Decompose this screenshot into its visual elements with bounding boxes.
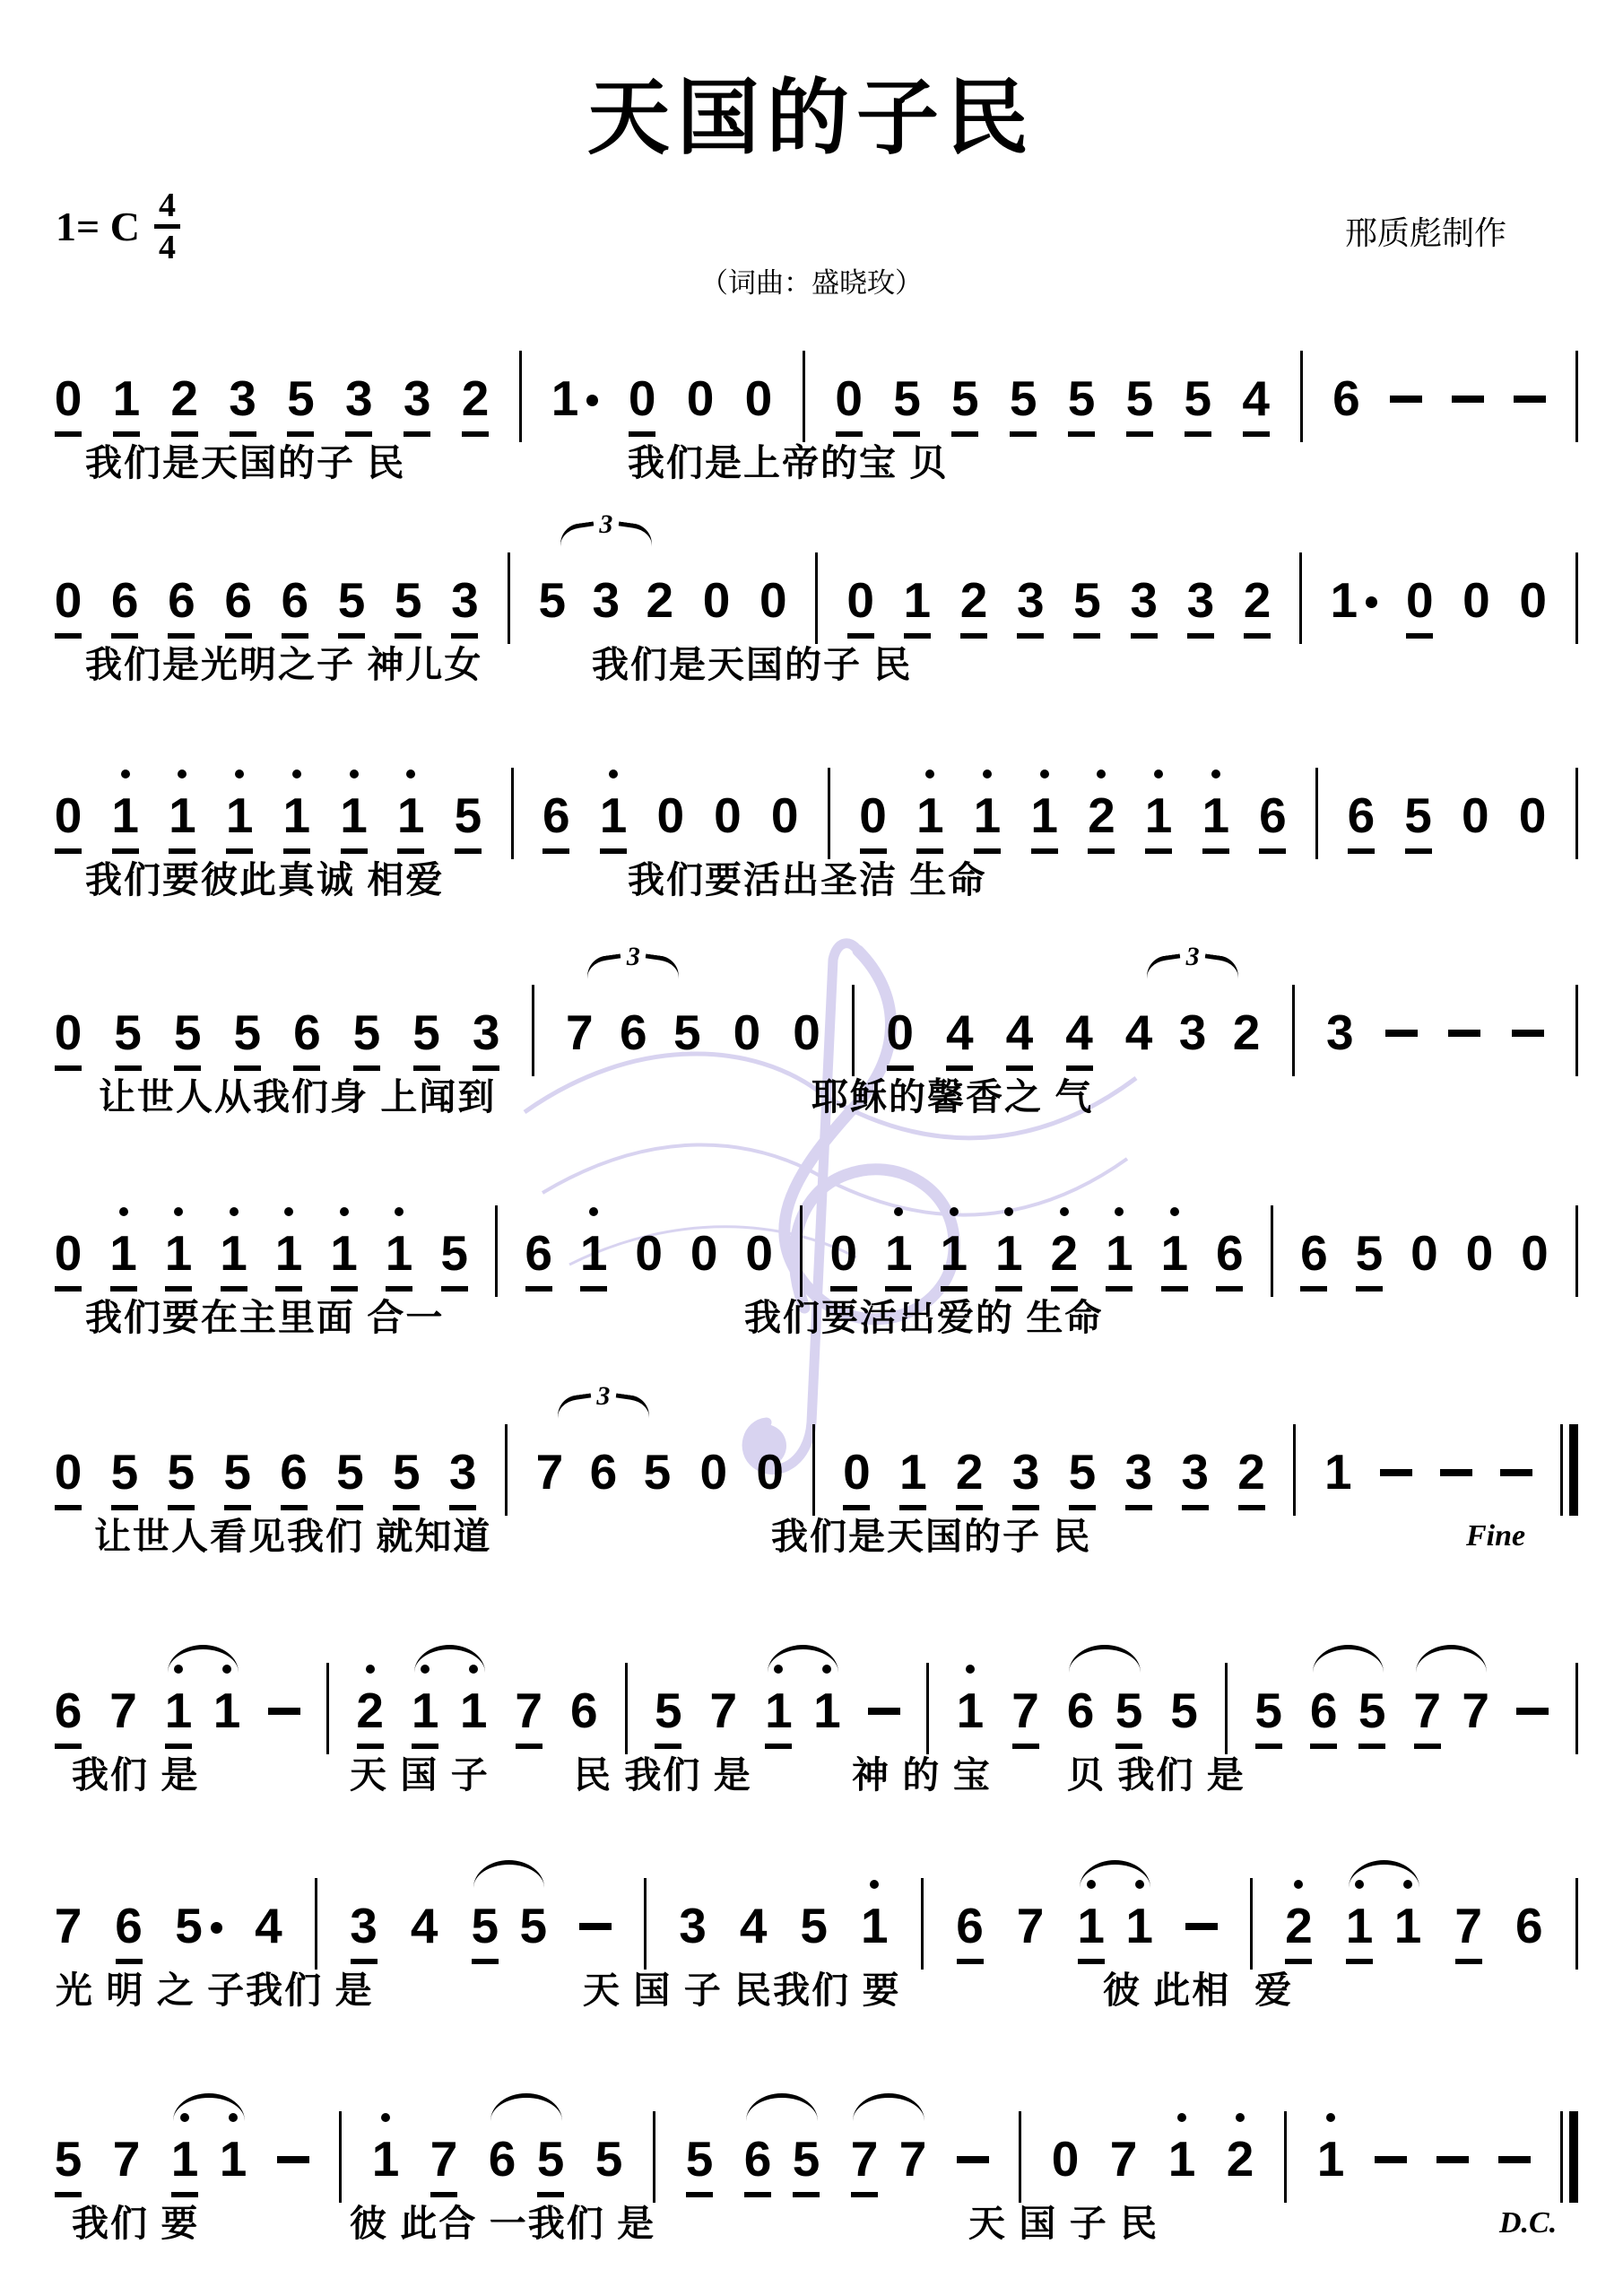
note-digit: 0 (829, 1225, 857, 1281)
note: 3 (1124, 1442, 1153, 1500)
note-digit: 0 (1519, 787, 1547, 843)
octave-dot (1326, 2113, 1335, 2122)
notes-row: 06666553353200012353321000 (54, 538, 1578, 628)
note-digit: 5 (338, 572, 366, 628)
triplet-bracket-left (555, 1393, 594, 1418)
note: 5 (175, 1896, 222, 1953)
music-line: 05556553376500044434323让世人从我们身 上闻到耶稣的馨香之… (54, 970, 1578, 1132)
note-digit: 5 (1069, 1444, 1097, 1500)
note: 4 (739, 1896, 768, 1953)
note-digit: 1 (1202, 787, 1229, 843)
note-digit: 0 (55, 1225, 82, 1281)
note-digit: 7 (430, 2131, 458, 2187)
note-digit: 6 (55, 1683, 82, 1738)
notes-row: 765434553451671121176 (54, 1864, 1578, 1953)
note-digit: 6 (280, 1444, 308, 1500)
octave-dot (774, 1665, 783, 1674)
note: 5 (54, 2129, 82, 2187)
rest: 0 (54, 1223, 82, 1281)
note-digit: 1 (220, 2131, 247, 2187)
note-digit: 0 (859, 787, 887, 843)
octave-dot (381, 2113, 390, 2122)
octave-dot (340, 1207, 349, 1216)
octave-dot (174, 1665, 183, 1674)
lyric-segment: 耶稣的馨香之 气 (811, 1067, 1093, 1120)
lyric-segment: 我们是天国的子 民 (592, 635, 912, 688)
barline (339, 2111, 342, 2203)
note-digit: 5 (1115, 1683, 1143, 1738)
note-digit: 2 (170, 370, 198, 426)
note-digit: 5 (537, 2131, 565, 2187)
rest: 0 (54, 369, 82, 426)
note: 1 (898, 1442, 927, 1500)
note-digit: 2 (1237, 1444, 1265, 1500)
note-digit: 0 (759, 572, 787, 628)
notes-row: 5711176555657707121 (54, 2097, 1578, 2187)
note: 1 (1330, 570, 1377, 628)
notes-row: 05556553376500012353321 (54, 1410, 1578, 1500)
final-barline (1560, 1424, 1578, 1516)
note-digit: 7 (1462, 1683, 1489, 1738)
note: 6 (1299, 1223, 1328, 1281)
music-line: 01111115610000111211665000我们要在主里面 合一我们要活… (54, 1191, 1578, 1352)
note: 1 (1125, 1896, 1154, 1953)
tie-group: 65 (1309, 1681, 1386, 1738)
triplet-group: 3532 (538, 570, 674, 628)
note-digit: 5 (174, 1004, 202, 1060)
note-digit: 7 (1017, 1898, 1045, 1953)
note-digit: 3 (229, 370, 256, 426)
note-digit: 6 (168, 572, 195, 628)
tie-group: 11 (170, 2129, 247, 2187)
note-digit: 1 (1125, 1898, 1153, 1953)
note: 1 (109, 1223, 138, 1281)
octave-dot (1236, 2113, 1245, 2122)
note: 6 (525, 1223, 553, 1281)
note: 2 (1243, 570, 1271, 628)
note-digit: 2 (960, 572, 988, 628)
note-digit: 0 (1406, 572, 1434, 628)
note: 5 (538, 570, 567, 628)
lyric-segment: 光 明 之 子我们 是 (56, 1961, 374, 2013)
note-digit: 0 (1410, 1225, 1438, 1281)
note: 1 (340, 786, 369, 843)
note-digit: 1 (580, 1225, 608, 1281)
rest: 0 (713, 786, 742, 843)
note: 7 (1016, 1896, 1045, 1953)
note-digit: 0 (835, 370, 863, 426)
note-digit: 1 (861, 1898, 889, 1953)
note-digit: 7 (851, 2131, 879, 2187)
duration-dash (1380, 1469, 1412, 1476)
note-digit: 5 (471, 1898, 499, 1953)
note: 6 (110, 570, 139, 628)
octave-dot (1170, 1207, 1179, 1216)
note: 7 (430, 2129, 458, 2187)
rest: 0 (842, 1442, 871, 1500)
barline (519, 351, 522, 442)
note-digit: 1 (885, 1225, 913, 1281)
note-digit: 5 (1358, 1683, 1386, 1738)
note: 6 (292, 1003, 321, 1060)
lyrics-row: 我们要彼此真诚 相爱我们要活出圣洁 生命 (54, 850, 1578, 908)
note: 7 (535, 1442, 564, 1500)
note: 7 (850, 2129, 879, 2187)
rest: 0 (859, 786, 888, 843)
note: 2 (646, 570, 674, 628)
lyric-segment: 天 国 子 民我们 要 (583, 1961, 901, 2013)
note-digit: 1 (372, 2131, 400, 2187)
barline (803, 351, 805, 442)
octave-dot (966, 1665, 975, 1674)
rest: 0 (733, 1003, 761, 1060)
rest: 0 (54, 786, 82, 843)
note: 1 (459, 1681, 488, 1738)
rest: 0 (1462, 570, 1490, 628)
note: 1 (1077, 1896, 1106, 1953)
note: 6 (569, 1681, 598, 1738)
note: 5 (1170, 1681, 1199, 1738)
note-digit: 1 (113, 370, 141, 426)
note: 3 (229, 369, 257, 426)
note: 6 (619, 1003, 647, 1060)
barline (495, 1205, 498, 1297)
note-digit: 0 (886, 1004, 914, 1060)
time-signature: 4 4 (154, 188, 180, 265)
note: 4 (410, 1896, 438, 1953)
final-barline-thin (1560, 1424, 1563, 1516)
duration-dash (957, 2156, 989, 2163)
note-digit: 1 (1317, 2131, 1345, 2187)
triplet-group: 3765 (535, 1442, 672, 1500)
note-digit: 4 (255, 1898, 282, 1953)
note: 1 (812, 1681, 841, 1738)
note: 1 (1202, 786, 1230, 843)
rest: 0 (1520, 1223, 1549, 1281)
note: 2 (1226, 2129, 1254, 2187)
rest: 0 (1518, 786, 1547, 843)
rest: 0 (1461, 786, 1489, 843)
note: 6 (167, 570, 195, 628)
octave-dot (950, 1207, 959, 1216)
lyrics-row: 我们是光明之子 神儿女我们是天国的子 民 (54, 635, 1578, 692)
note: 4 (254, 1896, 282, 1953)
note: 1 (579, 1223, 608, 1281)
note: 7 (515, 1681, 543, 1738)
rest: 0 (886, 1003, 915, 1060)
note-digit: 5 (1404, 787, 1432, 843)
lyrics-row: 让世人从我们身 上闻到耶稣的馨香之 气 (54, 1067, 1578, 1125)
note-digit: 5 (1184, 370, 1211, 426)
note-digit: 0 (55, 787, 82, 843)
octave-dot (1355, 1880, 1364, 1889)
note-digit: 0 (733, 1004, 761, 1060)
note-digit: 0 (1519, 572, 1547, 628)
lyric-segment: 贝 我们 是 (1067, 1745, 1245, 1798)
note-digit: 0 (55, 370, 82, 426)
note: 1 (371, 2129, 400, 2187)
note: 6 (743, 2129, 772, 2187)
note: 3 (1186, 570, 1215, 628)
note-digit: 7 (113, 2131, 141, 2187)
note: 1 (916, 786, 944, 843)
note: 5 (337, 570, 366, 628)
note: 3 (1016, 570, 1045, 628)
note: 4 (1124, 1003, 1153, 1060)
note: 1 (1030, 786, 1059, 843)
octave-dot (1060, 1207, 1069, 1216)
note-digit: 6 (489, 2131, 516, 2187)
octave-dot (284, 1207, 293, 1216)
note-digit: 1 (765, 1683, 793, 1738)
note: 1 (860, 1896, 889, 1953)
note-digit: 2 (1285, 1898, 1313, 1953)
note: 5 (412, 1003, 441, 1060)
note: 1 (940, 1223, 968, 1281)
note-digit: 1 (904, 572, 932, 628)
note: 1 (213, 1681, 241, 1738)
note-digit: 0 (793, 1004, 820, 1060)
composer-credit: 邢质彪制作 (1291, 208, 1560, 254)
octave-dot (1115, 1207, 1124, 1216)
triplet-mark: 3 (559, 524, 653, 544)
note-digit: 5 (519, 1898, 547, 1953)
tie-group: 11 (1077, 1896, 1154, 1953)
note-digit: 1 (213, 1683, 241, 1738)
rest: 0 (745, 1223, 774, 1281)
note-digit: 0 (846, 572, 874, 628)
note-digit: 5 (175, 1898, 203, 1953)
note: 1 (225, 786, 254, 843)
rest: 0 (835, 369, 864, 426)
note: 1 (1105, 1223, 1133, 1281)
octave-dot (1403, 1880, 1412, 1889)
tie-group: 11 (411, 1681, 488, 1738)
note-digit: 0 (756, 1444, 784, 1500)
note-digit: 5 (395, 572, 422, 628)
music-line: 06666553353200012353321000我们是光明之子 神儿女我们是… (54, 538, 1578, 700)
note-digit: 1 (899, 1444, 927, 1500)
note-digit: 5 (1170, 1683, 1198, 1738)
note: 6 (1347, 786, 1376, 843)
barline (1300, 351, 1303, 442)
octave-dot (292, 770, 301, 778)
note: 3 (679, 1896, 707, 1953)
final-barline (1560, 2111, 1578, 2203)
note: 1 (170, 2129, 199, 2187)
note-digit: 1 (916, 787, 944, 843)
rest: 0 (829, 1223, 858, 1281)
duration-dash (1436, 2156, 1469, 2163)
octave-dot (822, 1665, 831, 1674)
note: 5 (392, 1442, 421, 1500)
octave-dot (178, 770, 187, 778)
lyric-segment: 我们要活出爱的 生命 (744, 1288, 1103, 1341)
page-title: 天国的子民 (0, 52, 1623, 170)
note-digit: 1 (386, 1225, 413, 1281)
note-digit: 6 (293, 1004, 321, 1060)
note-digit: 1 (111, 787, 139, 843)
note-digit: 3 (1012, 1444, 1040, 1500)
note: 1 (1167, 2129, 1196, 2187)
note: 6 (1066, 1681, 1095, 1738)
note: 3 (403, 369, 431, 426)
triplet-group: 3432 (1124, 1003, 1261, 1060)
barline (921, 1878, 924, 1970)
lyrics-row: 我们是天国的子 民我们是上帝的宝 贝 (54, 433, 1578, 491)
note: 7 (1011, 1681, 1040, 1738)
rest: 0 (54, 1003, 82, 1060)
duration-dash (1512, 1030, 1544, 1037)
note-digit: 0 (656, 787, 684, 843)
duration-dash (1452, 396, 1484, 403)
octave-dot (894, 1207, 903, 1216)
notes-row: 0111111561000011121166500 (54, 753, 1578, 843)
final-barline-thick (1569, 1424, 1578, 1516)
note: 5 (792, 2129, 820, 2187)
octave-dot (1154, 770, 1163, 778)
lyrics-row: 我们 是天 国 子民 我们 是神 的 宝贝 我们 是 (54, 1745, 1578, 1803)
key-label: 1= C (56, 203, 140, 250)
key-signature: 1= C 4 4 (56, 188, 180, 265)
note: 5 (685, 2129, 714, 2187)
note-digit: 2 (462, 370, 490, 426)
tie-arc (1416, 1645, 1487, 1673)
note: 6 (542, 786, 570, 843)
note: 1 (164, 1681, 193, 1738)
triplet-number: 3 (599, 515, 612, 535)
note-digit: 1 (283, 787, 311, 843)
note-digit: 5 (223, 1444, 251, 1500)
note-digit: 2 (356, 1683, 384, 1738)
note-digit: 1 (275, 1225, 303, 1281)
note-digit: 0 (703, 572, 731, 628)
note: 6 (1309, 1681, 1338, 1738)
note-digit: 1 (1330, 572, 1358, 628)
note: 1 (330, 1223, 359, 1281)
note: 1 (112, 369, 141, 426)
rest: 0 (793, 1003, 821, 1060)
duration-dash (1500, 1469, 1532, 1476)
note-digit: 3 (1130, 572, 1158, 628)
rest: 0 (1465, 1223, 1494, 1281)
note: 1 (411, 1681, 439, 1738)
octave-dot (235, 770, 244, 778)
barline (532, 985, 534, 1076)
note-digit: 2 (1227, 2131, 1254, 2187)
note-digit: 5 (793, 2131, 820, 2187)
lyric-segment: 我们是天国的子 民 (85, 433, 405, 486)
note-digit: 6 (224, 572, 252, 628)
note-digit: 7 (55, 1898, 82, 1953)
note-digit: 2 (956, 1444, 984, 1500)
note: 1 (111, 786, 140, 843)
octave-dot (366, 1665, 375, 1674)
note-digit: 6 (1348, 787, 1376, 843)
rest: 0 (770, 786, 799, 843)
note: 6 (280, 1442, 308, 1500)
tie-arc (746, 2093, 817, 2121)
note-digit: 1 (1394, 1898, 1422, 1953)
barline (1019, 2111, 1021, 2203)
note-digit: 2 (1233, 1004, 1261, 1060)
note-digit: 0 (1466, 1225, 1494, 1281)
note: 5 (1067, 369, 1096, 426)
note: 1 (764, 1681, 793, 1738)
barline (511, 768, 514, 859)
octave-dot (1004, 1207, 1013, 1216)
duration-dash (1448, 1030, 1480, 1037)
note: 1 (1160, 1223, 1189, 1281)
note-digit: 7 (566, 1004, 594, 1060)
lyric-segment: 我们是天国的子 民 (771, 1507, 1091, 1560)
note: 6 (1332, 369, 1360, 426)
rest: 0 (744, 369, 773, 426)
note: 4 (1242, 369, 1271, 426)
duration-dot (211, 1922, 222, 1934)
octave-dot (1087, 1880, 1096, 1889)
barline (1299, 552, 1302, 644)
tie-group: 11 (764, 1681, 841, 1738)
note-digit: 0 (745, 1225, 773, 1281)
note: 5 (1358, 1681, 1386, 1738)
octave-dot (395, 1207, 404, 1216)
note: 7 (1413, 1681, 1442, 1738)
note-digit: 0 (635, 1225, 663, 1281)
note-digit: 1 (957, 1683, 985, 1738)
note: 3 (450, 570, 479, 628)
note-digit: 7 (1413, 1683, 1441, 1738)
music-line: 05556553376500012353321让世人看见我们 就知道我们是天国的… (54, 1410, 1578, 1571)
note-digit: 6 (620, 1004, 647, 1060)
lyric-segment: 我们 要 (72, 2194, 199, 2247)
note-digit: 1 (995, 1225, 1023, 1281)
note-digit: 5 (1073, 572, 1101, 628)
note-digit: 0 (699, 1444, 727, 1500)
duration-dash (579, 1923, 612, 1930)
note: 6 (1515, 1896, 1543, 1953)
final-barline-thin (1560, 2111, 1563, 2203)
note-digit: 5 (440, 1225, 468, 1281)
triplet-mark: 3 (1146, 956, 1240, 977)
lyric-segment: 我们 是 (72, 1745, 199, 1798)
duration-dot (586, 395, 598, 406)
rest: 0 (699, 1442, 728, 1500)
barline (852, 985, 855, 1076)
note-digit: 3 (404, 370, 431, 426)
note: 2 (170, 369, 199, 426)
note-digit: 1 (974, 787, 1002, 843)
note: 5 (352, 1003, 381, 1060)
note-digit: 5 (114, 1004, 142, 1060)
note-digit: 6 (956, 1898, 984, 1953)
note-digit: 5 (233, 1004, 261, 1060)
rest: 0 (846, 570, 875, 628)
note-digit: 3 (1179, 1004, 1207, 1060)
note: 5 (173, 1003, 202, 1060)
note: 3 (1130, 570, 1159, 628)
note-digit: 1 (600, 787, 628, 843)
triplet-bracket-left (1144, 953, 1183, 978)
note-digit: 0 (1462, 787, 1489, 843)
note: 1 (903, 570, 932, 628)
note-digit: 5 (167, 1444, 195, 1500)
duration-dash (1385, 1030, 1418, 1037)
note: 7 (1462, 1681, 1490, 1738)
note-digit: 3 (1017, 572, 1045, 628)
lyrics-row: 我们要在主里面 合一我们要活出爱的 生命 (54, 1288, 1578, 1345)
tie-arc (473, 1860, 544, 1888)
